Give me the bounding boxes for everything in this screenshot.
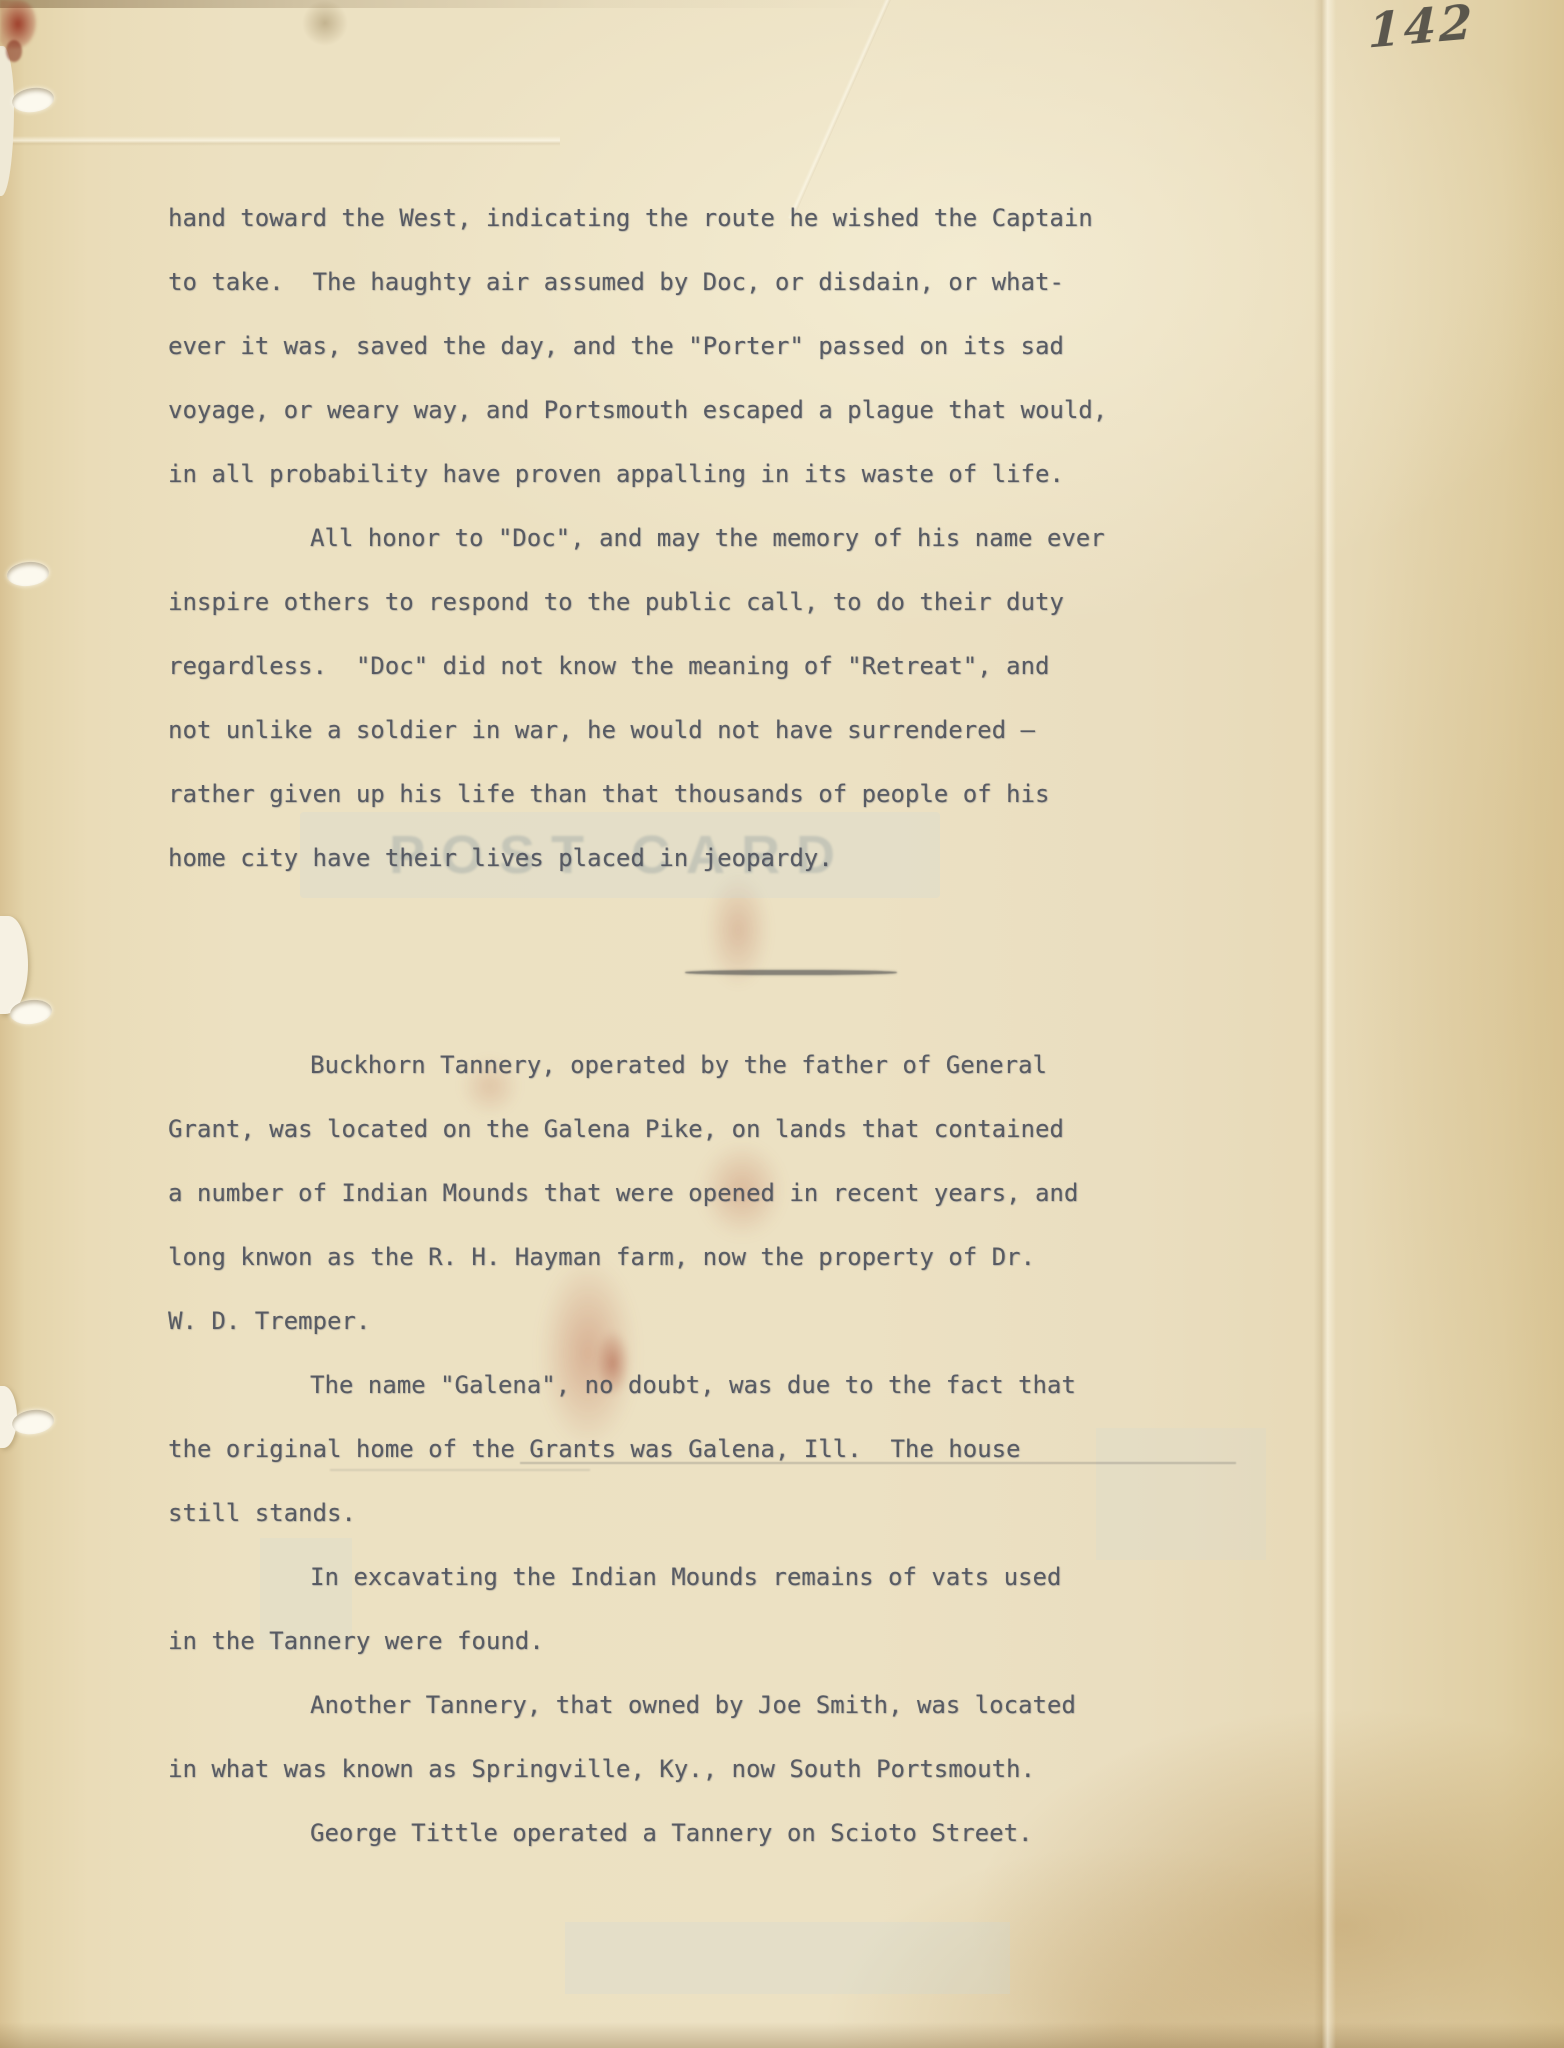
typed-line: In excavating the Indian Mounds remains … [168, 1545, 1510, 1609]
red-corner-stain [6, 40, 22, 62]
punch-hole [11, 1407, 56, 1437]
typed-line: not unlike a soldier in war, he would no… [168, 698, 1368, 762]
typed-line: a number of Indian Mounds that were open… [168, 1161, 1368, 1225]
torn-edge [302, 0, 348, 46]
pencil-underline [330, 1469, 590, 1471]
typed-line: ever it was, saved the day, and the "Por… [168, 314, 1368, 378]
typed-line: voyage, or weary way, and Portsmouth esc… [168, 378, 1368, 442]
typed-line: the original home of the Grants was Gale… [168, 1417, 1368, 1481]
torn-edge [0, 916, 28, 1014]
typed-line: to take. The haughty air assumed by Doc,… [168, 250, 1368, 314]
page-number: 142 [1368, 0, 1476, 60]
typed-line: Another Tannery, that owned by Joe Smith… [168, 1673, 1510, 1737]
pencil-underline [520, 1462, 1236, 1464]
punch-hole [6, 560, 50, 588]
typed-line: W. D. Tremper. [168, 1289, 1368, 1353]
typed-line: home city have their lives placed in jeo… [168, 826, 1368, 890]
typed-line: still stands. [168, 1481, 1368, 1545]
torn-edge [0, 46, 14, 196]
typed-line: in the Tannery were found. [168, 1609, 1368, 1673]
typed-line: The name "Galena", no doubt, was due to … [168, 1353, 1510, 1417]
typed-line: regardless. "Doc" did not know the meani… [168, 634, 1368, 698]
showthrough-patch [565, 1922, 1010, 1994]
section-divider [685, 970, 897, 975]
typed-line: George Tittle operated a Tannery on Scio… [168, 1801, 1510, 1865]
typed-line: in what was known as Springville, Ky., n… [168, 1737, 1368, 1801]
typed-line: All honor to "Doc", and may the memory o… [168, 506, 1510, 570]
typed-line: inspire others to respond to the public … [168, 570, 1368, 634]
typed-line: Buckhorn Tannery, operated by the father… [168, 1033, 1510, 1097]
punch-hole [11, 85, 56, 115]
typed-line: Grant, was located on the Galena Pike, o… [168, 1097, 1368, 1161]
horizontal-crease [0, 136, 560, 146]
typed-line: long knwon as the R. H. Hayman farm, now… [168, 1225, 1368, 1289]
document-page: POST CARD hand toward the West, indicati… [0, 0, 1564, 2048]
typed-line: in all probability have proven appalling… [168, 442, 1368, 506]
typed-line: rather given up his life than that thous… [168, 762, 1368, 826]
typed-line: hand toward the West, indicating the rou… [168, 186, 1368, 250]
